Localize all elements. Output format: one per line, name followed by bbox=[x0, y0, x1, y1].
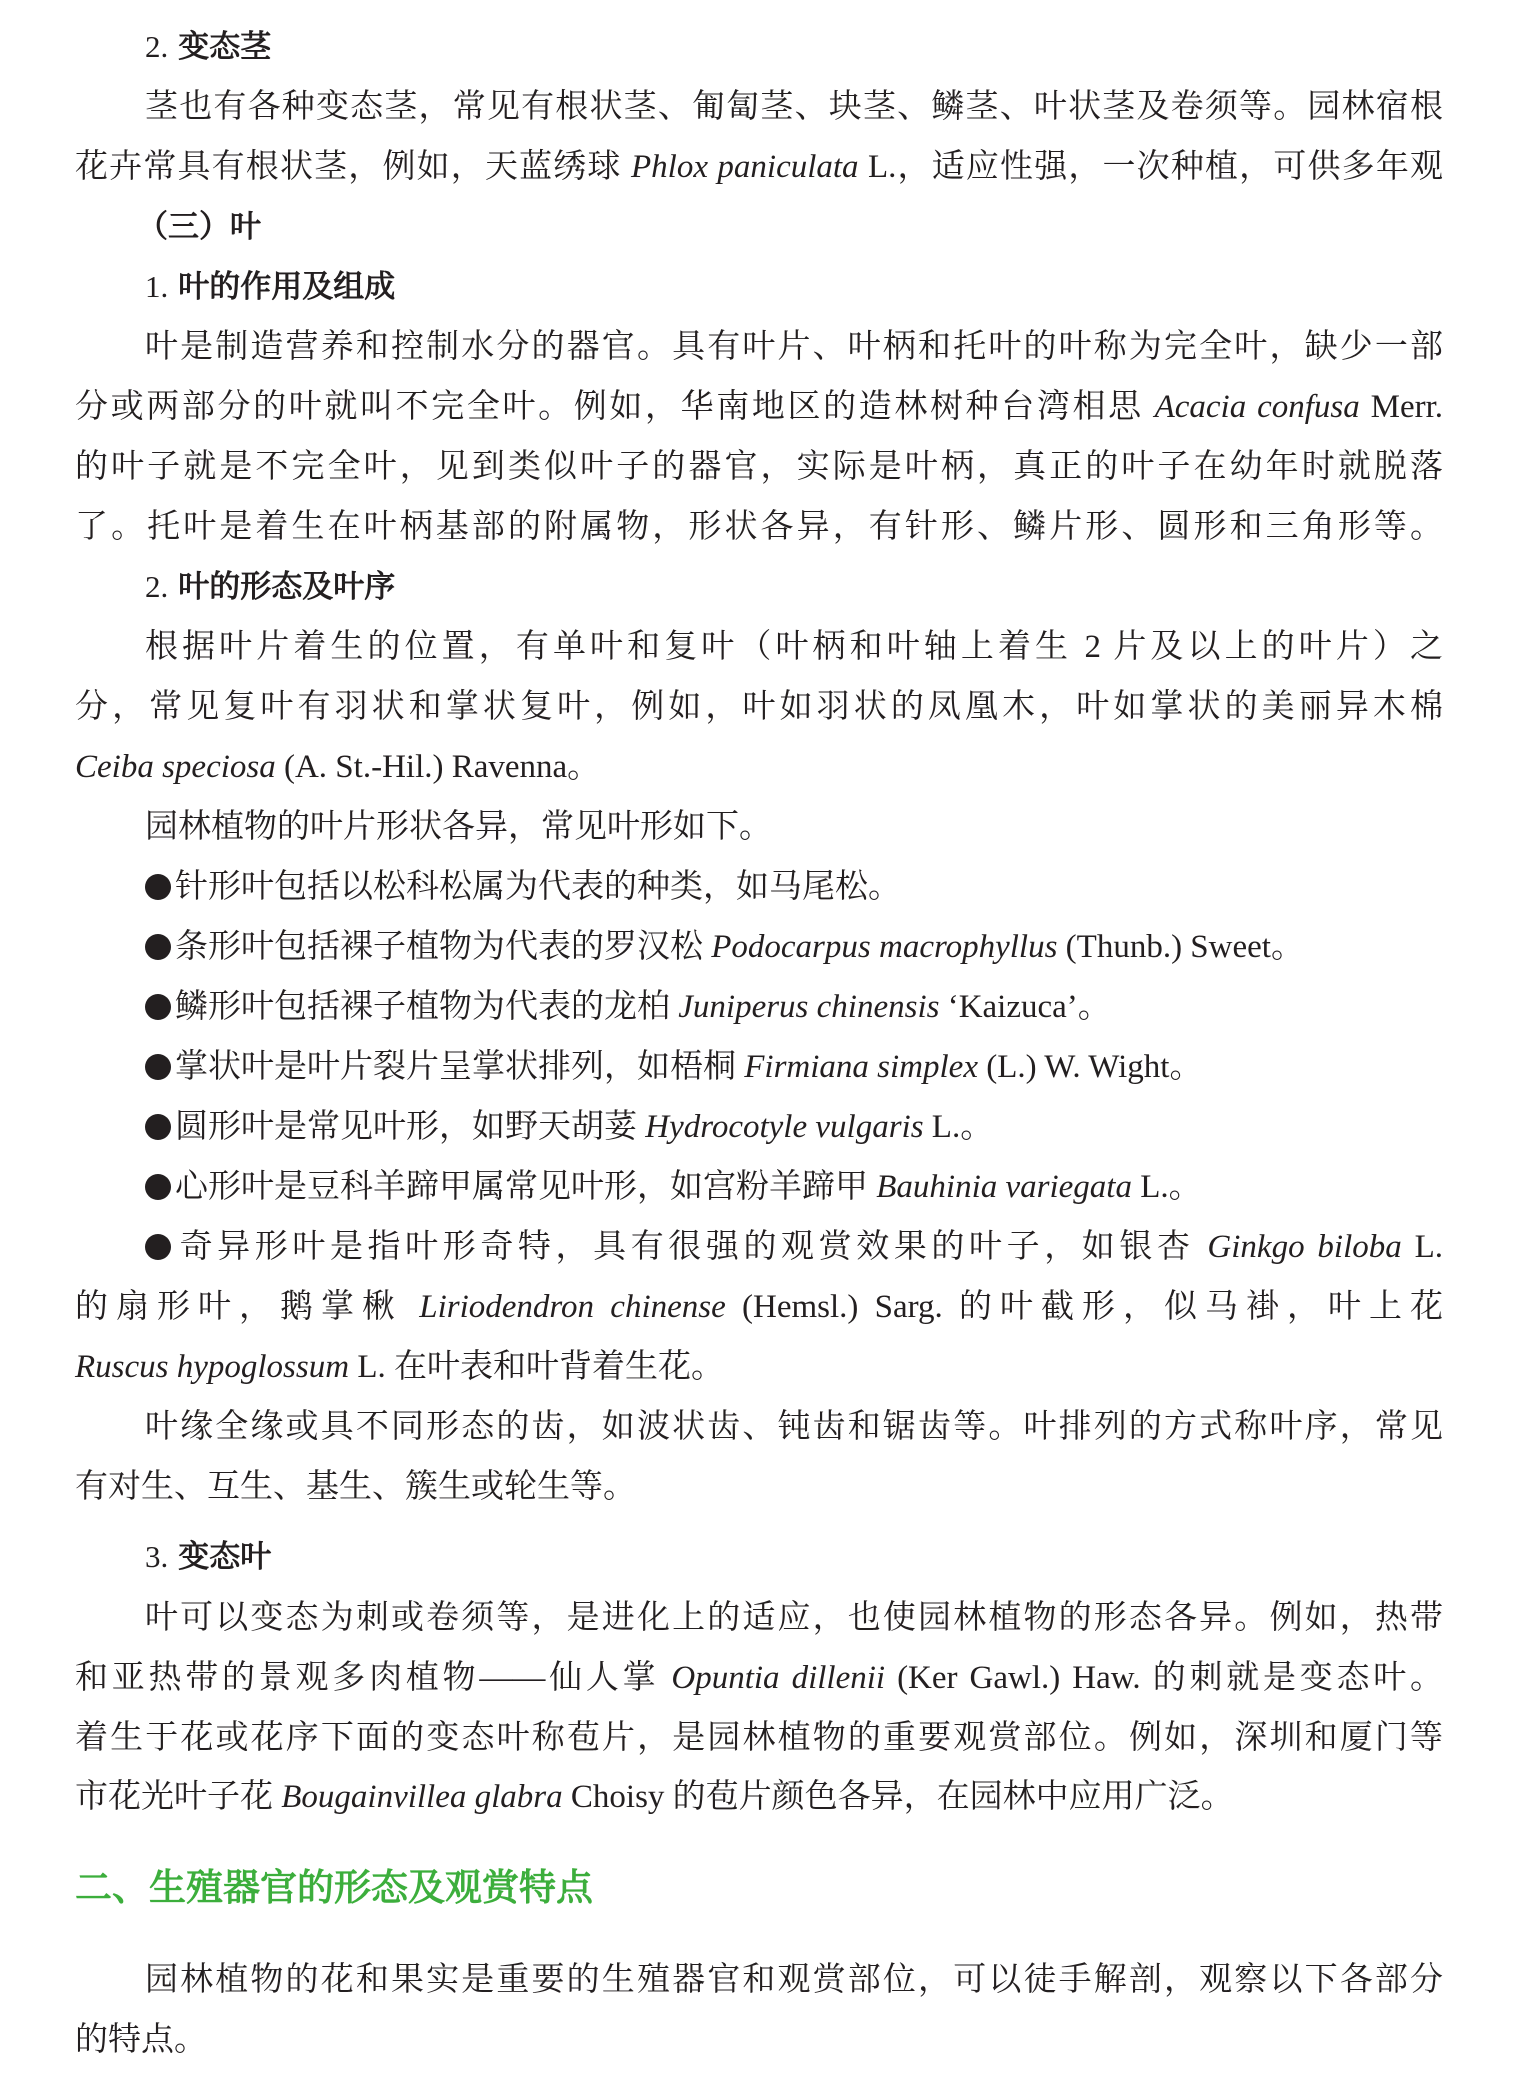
text: 了。托叶是着生在叶柄基部的附属物，形状各异，有针形、鳞片形、圆形和三角形等。 bbox=[75, 509, 1443, 545]
text: (A. St.-Hil.) Ravenna。 bbox=[276, 749, 600, 785]
heading-modified-leaf: 3.变态叶 bbox=[145, 1527, 1513, 1587]
bullet-item: 掌状叶是叶片裂片呈掌状排列，如梧桐 Firmiana simplex (L.) … bbox=[145, 1037, 1443, 1097]
paragraph-line: 叶是制造营养和控制水分的器官。具有叶片、叶柄和托叶的叶称为完全叶，缺少一部 bbox=[145, 317, 1443, 377]
species-name: Ginkgo biloba bbox=[1207, 1229, 1401, 1265]
text: ‘Kaizuca’。 bbox=[939, 989, 1110, 1025]
bullet-item: 奇异形叶是指叶形奇特，具有很强的观赏效果的叶子，如银杏 Ginkgo bilob… bbox=[145, 1217, 1443, 1277]
paragraph-line: 有对生、互生、基生、簇生或轮生等。 bbox=[75, 1457, 1443, 1517]
heading-text: 叶的作用及组成 bbox=[178, 269, 395, 305]
text: 掌状叶是叶片裂片呈掌状排列，如梧桐 bbox=[175, 1049, 744, 1085]
bullet-icon bbox=[145, 1114, 171, 1140]
species-name: Acacia confusa bbox=[1155, 389, 1360, 425]
text: 的扇形叶，鹅掌楸 bbox=[75, 1289, 419, 1325]
heading-number: 2. bbox=[145, 569, 168, 604]
bullet-item: 条形叶包括裸子植物为代表的罗汉松 Podocarpus macrophyllus… bbox=[145, 917, 1443, 977]
paragraph-line: 着生于花或花序下面的变态叶称苞片，是园林植物的重要观赏部位。例如，深圳和厦门等 bbox=[75, 1708, 1443, 1768]
species-name: Bougainvillea glabra bbox=[281, 1779, 562, 1815]
text: 着生于花或花序下面的变态叶称苞片，是园林植物的重要观赏部位。例如，深圳和厦门等 bbox=[75, 1720, 1443, 1756]
paragraph-line: 园林植物的叶片形状各异，常见叶形如下。 bbox=[145, 797, 1443, 857]
bullet-icon bbox=[145, 1054, 171, 1080]
paragraph-line: 园林植物的花和果实是重要的生殖器官和观赏部位，可以徒手解剖，观察以下各部分 bbox=[145, 1950, 1443, 2010]
text: 奇异形叶是指叶形奇特，具有很强的观赏效果的叶子，如银杏 bbox=[175, 1229, 1207, 1265]
heading-number: 3. bbox=[145, 1539, 168, 1574]
text: Merr. bbox=[1360, 389, 1443, 425]
paragraph-line: 叶可以变态为刺或卷须等，是进化上的适应，也使园林植物的形态各异。例如，热带 bbox=[145, 1588, 1443, 1648]
bullet-item: 心形叶是豆科羊蹄甲属常见叶形，如宫粉羊蹄甲 Bauhinia variegata… bbox=[145, 1157, 1443, 1217]
heading-text: 变态叶 bbox=[178, 1539, 271, 1575]
text: 的叶子就是不完全叶，见到类似叶子的器官，实际是叶柄，真正的叶子在幼年时就脱落 bbox=[75, 449, 1443, 485]
heading-text: 叶的形态及叶序 bbox=[178, 569, 395, 605]
species-name: Opuntia dillenii bbox=[671, 1660, 885, 1696]
bullet-icon bbox=[145, 874, 171, 900]
text: 园林植物的叶片形状各异，常见叶形如下。 bbox=[145, 809, 772, 845]
species-name: Bauhinia variegata bbox=[876, 1169, 1132, 1205]
text: 园林植物的花和果实是重要的生殖器官和观赏部位，可以徒手解剖，观察以下各部分 bbox=[145, 1962, 1443, 1998]
species-name: Juniperus chinensis bbox=[678, 989, 939, 1025]
text: Choisy 的苞片颜色各异，在园林中应用广泛。 bbox=[563, 1779, 1234, 1815]
bullet-icon bbox=[145, 1234, 171, 1260]
bullet-item: 圆形叶是常见叶形，如野天胡荽 Hydrocotyle vulgaris L.。 bbox=[145, 1097, 1443, 1157]
text: 分，常见复叶有羽状和掌状复叶，例如，叶如羽状的凤凰木，叶如掌状的美丽异木棉 bbox=[75, 689, 1443, 725]
text: 鳞形叶包括裸子植物为代表的龙柏 bbox=[175, 989, 678, 1025]
paragraph-line: 分，常见复叶有羽状和掌状复叶，例如，叶如羽状的凤凰木，叶如掌状的美丽异木棉 bbox=[75, 677, 1443, 737]
heading-number: 2. bbox=[145, 29, 168, 64]
text: L.。 bbox=[1132, 1169, 1202, 1205]
heading-leaf-shape: 2.叶的形态及叶序 bbox=[145, 557, 1513, 617]
species-name: Podocarpus macrophyllus bbox=[711, 929, 1057, 965]
text: (L.) W. Wight。 bbox=[978, 1049, 1202, 1085]
text: (Ker Gawl.) Haw. 的刺就是变态叶。 bbox=[885, 1660, 1443, 1696]
text: 茎也有各种变态茎，常见有根状茎、匍匐茎、块茎、鳞茎、叶状茎及卷须等。园林宿根 bbox=[145, 89, 1443, 125]
paragraph-line: 和亚热带的景观多肉植物——仙人掌 Opuntia dillenii (Ker G… bbox=[75, 1648, 1443, 1708]
paragraph-line: 的扇形叶，鹅掌楸 Liriodendron chinense (Hemsl.) … bbox=[75, 1277, 1443, 1337]
text: 条形叶包括裸子植物为代表的罗汉松 bbox=[175, 929, 711, 965]
species-name: Hydrocotyle vulgaris bbox=[645, 1109, 923, 1145]
paragraph-line: 茎也有各种变态茎，常见有根状茎、匍匐茎、块茎、鳞茎、叶状茎及卷须等。园林宿根 bbox=[145, 77, 1443, 137]
paragraph-line: 的叶子就是不完全叶，见到类似叶子的器官，实际是叶柄，真正的叶子在幼年时就脱落 bbox=[75, 437, 1443, 497]
heading-number: 1. bbox=[145, 269, 168, 304]
text: L. 在叶表和叶背着生花。 bbox=[349, 1349, 724, 1385]
paragraph-line: Ruscus hypoglossum L. 在叶表和叶背着生花。 bbox=[75, 1337, 1443, 1397]
text: 针形叶包括以松科松属为代表的种类，如马尾松。 bbox=[175, 869, 901, 905]
species-name: Phlox paniculata bbox=[631, 149, 859, 185]
text: 的特点。 bbox=[75, 2022, 207, 2058]
species-name: Liriodendron chinense bbox=[419, 1289, 726, 1325]
heading-leaf-function: 1.叶的作用及组成 bbox=[145, 257, 1513, 317]
bullet-item: 鳞形叶包括裸子植物为代表的龙柏 Juniperus chinensis ‘Kai… bbox=[145, 977, 1443, 1037]
paragraph-line: 分或两部分的叶就叫不完全叶。例如，华南地区的造林树种台湾相思 Acacia co… bbox=[75, 377, 1443, 437]
species-name: Firmiana simplex bbox=[744, 1049, 978, 1085]
paragraph-line: 的特点。 bbox=[75, 2010, 1443, 2070]
paragraph-line: 了。托叶是着生在叶柄基部的附属物，形状各异，有针形、鳞片形、圆形和三角形等。 bbox=[75, 497, 1443, 557]
species-name: Ceiba speciosa bbox=[75, 749, 276, 785]
text: 叶可以变态为刺或卷须等，是进化上的适应，也使园林植物的形态各异。例如，热带 bbox=[145, 1600, 1443, 1636]
text: L. bbox=[1402, 1229, 1443, 1265]
text: 市花光叶子花 bbox=[75, 1779, 281, 1815]
text: (Hemsl.) Sarg. 的叶截形，似马褂，叶上花 bbox=[726, 1289, 1443, 1325]
text: 根据叶片着生的位置，有单叶和复叶（叶柄和叶轴上着生 2 片及以上的叶片）之 bbox=[145, 629, 1443, 665]
subsection-heading-leaf: （三）叶 bbox=[137, 197, 1505, 257]
heading-text: 变态茎 bbox=[178, 29, 271, 65]
paragraph-line: 花卉常具有根状茎，例如，天蓝绣球 Phlox paniculata L.，适应性… bbox=[75, 137, 1443, 197]
paragraph-line: Ceiba speciosa (A. St.-Hil.) Ravenna。 bbox=[75, 737, 1443, 797]
heading-modified-stem: 2.变态茎 bbox=[145, 17, 1513, 77]
text: L.。 bbox=[924, 1109, 994, 1145]
bullet-item: 针形叶包括以松科松属为代表的种类，如马尾松。 bbox=[145, 857, 1443, 917]
text: 叶是制造营养和控制水分的器官。具有叶片、叶柄和托叶的叶称为完全叶，缺少一部 bbox=[145, 329, 1443, 365]
bullet-icon bbox=[145, 1174, 171, 1200]
paragraph-line: 根据叶片着生的位置，有单叶和复叶（叶柄和叶轴上着生 2 片及以上的叶片）之 bbox=[145, 617, 1443, 677]
bullet-icon bbox=[145, 934, 171, 960]
text: 有对生、互生、基生、簇生或轮生等。 bbox=[75, 1469, 636, 1505]
species-name: Ruscus hypoglossum bbox=[75, 1349, 349, 1385]
text: 叶缘全缘或具不同形态的齿，如波状齿、钝齿和锯齿等。叶排列的方式称叶序，常见 bbox=[145, 1409, 1443, 1445]
document-page: 2.变态茎 茎也有各种变态茎，常见有根状茎、匍匐茎、块茎、鳞茎、叶状茎及卷须等。… bbox=[0, 0, 1536, 2093]
section-heading-reproductive-organs: 二、生殖器官的形态及观赏特点 bbox=[75, 1860, 593, 1916]
text: 和亚热带的景观多肉植物——仙人掌 bbox=[75, 1660, 671, 1696]
bullet-icon bbox=[145, 994, 171, 1020]
paragraph-line: 叶缘全缘或具不同形态的齿，如波状齿、钝齿和锯齿等。叶排列的方式称叶序，常见 bbox=[145, 1397, 1443, 1457]
text: (Thunb.) Sweet。 bbox=[1057, 929, 1304, 965]
text: 花卉常具有根状茎，例如，天蓝绣球 bbox=[75, 149, 631, 185]
paragraph-line: 市花光叶子花 Bougainvillea glabra Choisy 的苞片颜色… bbox=[75, 1767, 1443, 1827]
text: 圆形叶是常见叶形，如野天胡荽 bbox=[175, 1109, 645, 1145]
text: 分或两部分的叶就叫不完全叶。例如，华南地区的造林树种台湾相思 bbox=[75, 389, 1155, 425]
text: 心形叶是豆科羊蹄甲属常见叶形，如宫粉羊蹄甲 bbox=[175, 1169, 876, 1205]
